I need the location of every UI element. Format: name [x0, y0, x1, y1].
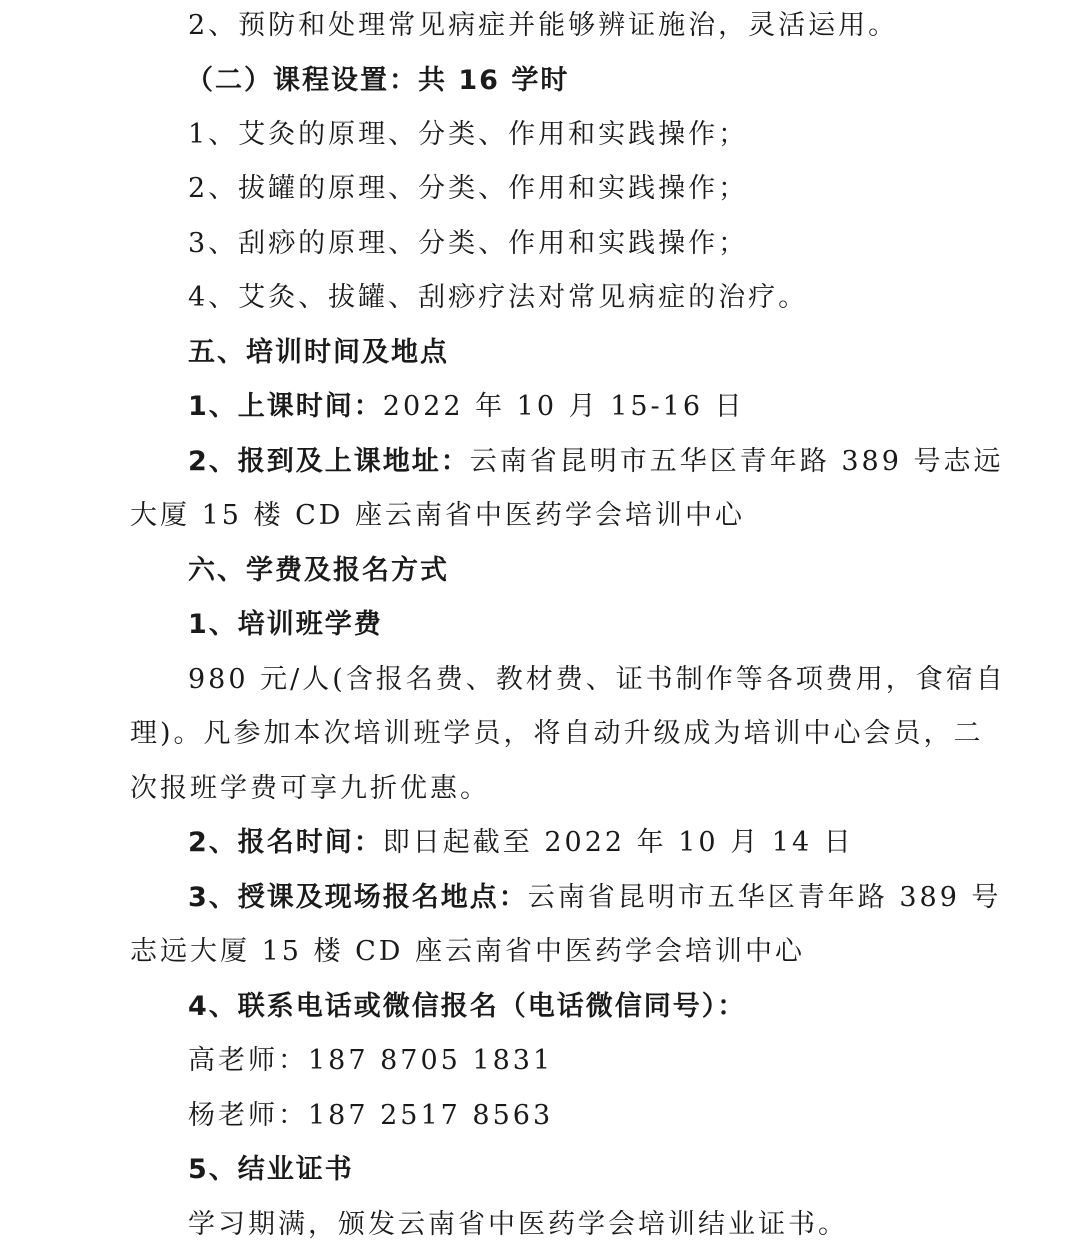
course-item-3: 3、刮痧的原理、分类、作用和实践操作；	[188, 224, 748, 264]
contact-gao: 高老师：187 8705 1831	[188, 1041, 553, 1081]
certificate-heading: 5、结业证书	[188, 1150, 354, 1190]
course-item-4: 4、艾灸、拔罐、刮痧疗法对常见病症的治疗。	[188, 278, 808, 318]
class-address: 2、报到及上课地址：云南省昆明市五华区青年路 389 号志远	[188, 442, 1004, 482]
tuition-text-2: 理)。凡参加本次培训班学员，将自动升级成为培训中心会员，二	[130, 714, 984, 754]
registration-time-label: 2、报名时间：	[188, 827, 383, 858]
tuition-heading: 1、培训班学费	[188, 605, 383, 645]
contact-yang: 杨老师：187 2517 8563	[188, 1096, 553, 1136]
registration-time-value: 即日起截至 2022 年 10 月 14 日	[383, 827, 854, 858]
course-item-2: 2、拔罐的原理、分类、作用和实践操作；	[188, 169, 748, 209]
certificate-text: 学习期满，颁发云南省中医药学会培训结业证书。	[188, 1205, 848, 1245]
class-address-continued: 大厦 15 楼 CD 座云南省中医药学会培训中心	[130, 496, 745, 536]
class-time-value: 2022 年 10 月 15-16 日	[383, 391, 745, 422]
objective-item-2: 2、预防和处理常见病症并能够辨证施治，灵活运用。	[188, 6, 898, 46]
class-time-label: 1、上课时间：	[188, 391, 383, 422]
tuition-text-3: 次报班学费可享九折优惠。	[130, 769, 490, 809]
class-address-label: 2、报到及上课地址：	[188, 446, 470, 477]
registration-place-label: 3、授课及现场报名地点：	[188, 882, 528, 913]
registration-place-continued: 志远大厦 15 楼 CD 座云南省中医药学会培训中心	[130, 932, 805, 972]
section-6-heading: 六、学费及报名方式	[188, 551, 449, 591]
registration-place: 3、授课及现场报名地点：云南省昆明市五华区青年路 389 号	[188, 878, 1002, 918]
registration-time: 2、报名时间：即日起截至 2022 年 10 月 14 日	[188, 823, 854, 863]
section-5-heading: 五、培训时间及地点	[188, 333, 449, 373]
contact-heading: 4、联系电话或微信报名（电话微信同号）：	[188, 987, 746, 1027]
registration-place-value: 云南省昆明市五华区青年路 389 号	[528, 882, 1002, 913]
course-settings-heading: （二）课程设置：共 16 学时	[186, 61, 569, 101]
tuition-text-1: 980 元/人(含报名费、教材费、证书制作等各项费用，食宿自	[188, 660, 1006, 700]
course-item-1: 1、艾灸的原理、分类、作用和实践操作；	[188, 115, 748, 155]
class-time: 1、上课时间：2022 年 10 月 15-16 日	[188, 387, 745, 427]
class-address-value: 云南省昆明市五华区青年路 389 号志远	[470, 446, 1004, 477]
